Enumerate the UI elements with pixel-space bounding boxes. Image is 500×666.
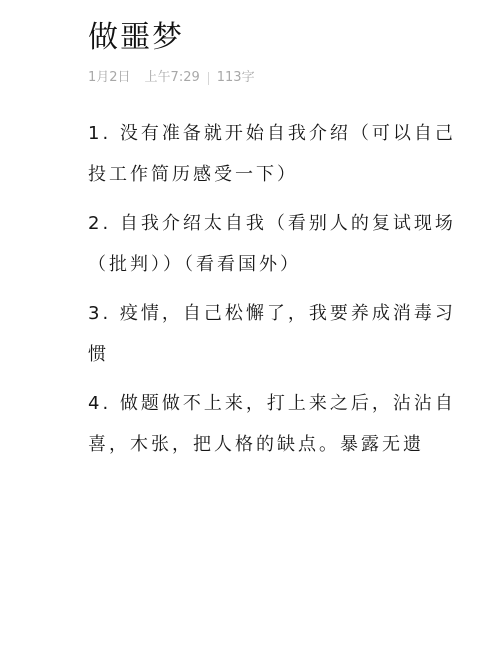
note-paragraph-4[interactable]: 4. 做题做不上来，打上来之后，沾沾自喜，木张，把人格的缺点。暴露无遗 xyxy=(88,383,468,465)
note-paragraph-2[interactable]: 2. 自我介绍太自我（看别人的复试现场（批判））（看看国外） xyxy=(88,203,468,285)
meta-separator xyxy=(208,72,209,85)
note-word-count: 113字 xyxy=(217,68,255,88)
note-date: 1月2日 xyxy=(88,68,131,88)
note-paragraph-3[interactable]: 3. 疫情，自己松懈了，我要养成消毒习惯 xyxy=(88,293,468,375)
note-body[interactable]: 1. 没有准备就开始自我介绍（可以自己投工作简历感受一下） 2. 自我介绍太自我… xyxy=(88,113,468,473)
note-title[interactable]: 做噩梦 xyxy=(88,18,184,58)
note-time: 上午7:29 xyxy=(145,68,200,88)
note-paragraph-1[interactable]: 1. 没有准备就开始自我介绍（可以自己投工作简历感受一下） xyxy=(88,113,468,195)
note-meta: 1月2日 上午7:29 113字 xyxy=(88,68,255,88)
